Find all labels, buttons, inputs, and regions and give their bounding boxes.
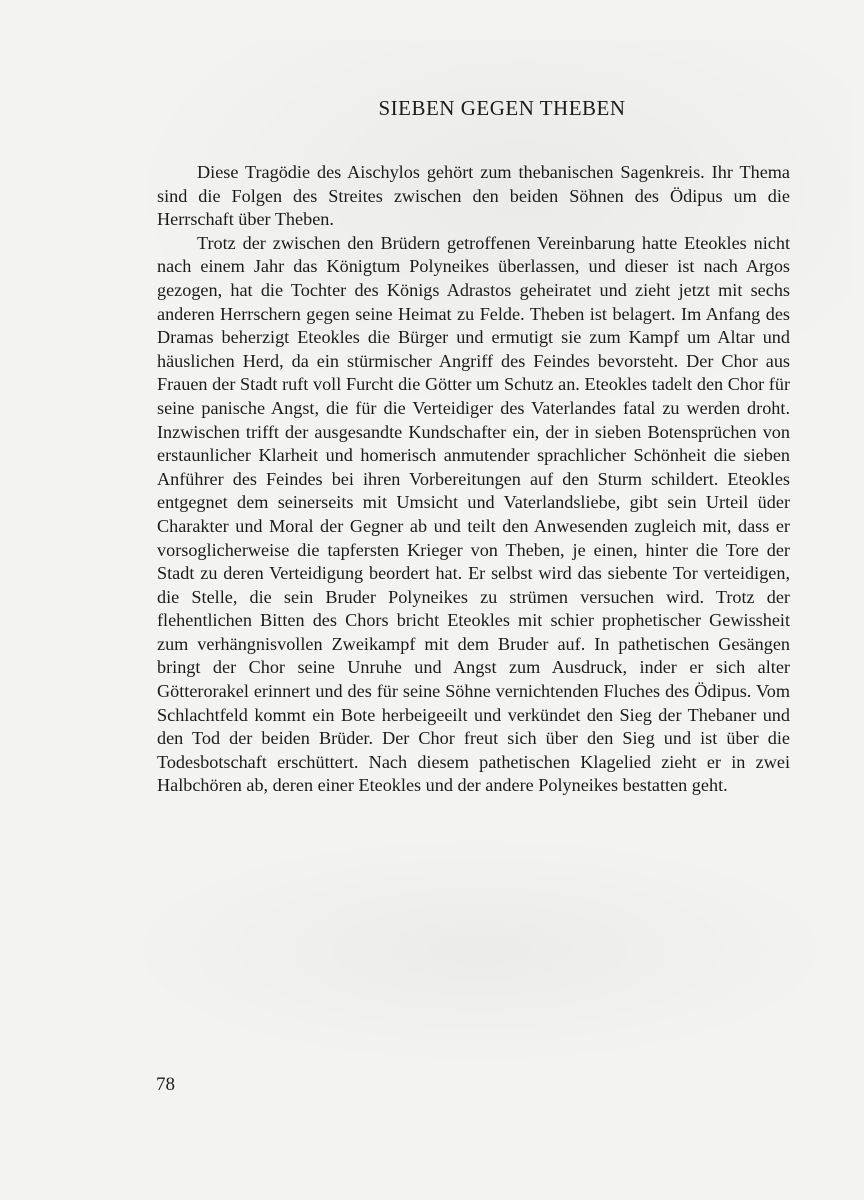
paragraph-summary: Trotz der zwischen den Brüdern getroffen… <box>157 232 790 798</box>
page-number: 78 <box>156 1074 175 1096</box>
body-text: Diese Tragödie des Aischylos gehört zum … <box>157 161 790 798</box>
show-through-shadow-lower <box>140 840 820 1060</box>
page-title: SIEBEN GEGEN THEBEN <box>0 96 864 121</box>
paragraph-intro: Diese Tragödie des Aischylos gehört zum … <box>157 161 790 232</box>
